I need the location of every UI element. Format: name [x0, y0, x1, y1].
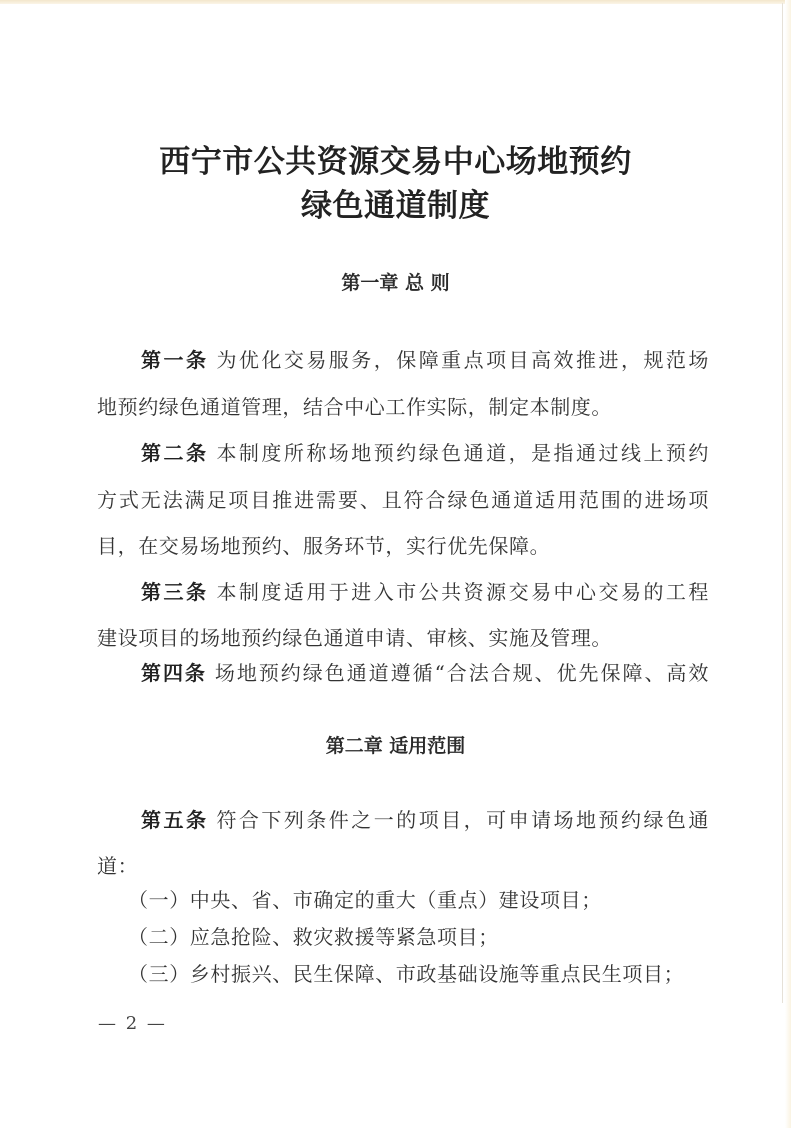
- article-1-line-1: 第一条为优化交易服务，保障重点项目高效推进，规范场: [141, 346, 709, 374]
- document-title-line-1: 西宁市公共资源交易中心场地预约: [0, 140, 791, 184]
- article-5-label: 第五条: [141, 808, 208, 832]
- article-2-label: 第二条: [141, 441, 208, 465]
- chapter-2-heading: 第二章 适用范围: [0, 733, 791, 759]
- article-5-item-2: （二）应急抢险、救灾救援等紧急项目；: [128, 923, 713, 951]
- article-3-text-1: 本制度适用于进入市公共资源交易中心交易的工程: [216, 580, 709, 604]
- page-number: — 2 —: [98, 1013, 167, 1034]
- article-4-text-1: 场地预约绿色通道遵循“合法合规、优先保障、高效: [215, 661, 709, 685]
- article-5-text-1: 符合下列条件之一的项目，可申请场地预约绿色通: [216, 808, 709, 832]
- article-5-item-3: （三）乡村振兴、民生保障、市政基础设施等重点民生项目；: [128, 960, 713, 988]
- article-2-line-2: 方式无法满足项目推进需要、且符合绿色通道适用范围的进场项: [97, 486, 709, 514]
- article-5-line-1: 第五条符合下列条件之一的项目，可申请场地预约绿色通: [141, 806, 709, 834]
- document-title-line-2: 绿色通道制度: [0, 184, 791, 228]
- document-page: 西宁市公共资源交易中心场地预约 绿色通道制度 第一章 总 则 第一条为优化交易服…: [0, 0, 791, 1128]
- article-2-line-3: 目，在交易场地预约、服务环节，实行优先保障。: [97, 532, 709, 560]
- article-4-label: 第四条: [141, 661, 207, 685]
- article-4-line-1: 第四条场地预约绿色通道遵循“合法合规、优先保障、高效: [141, 659, 709, 687]
- article-2-text-1: 本制度所称场地预约绿色通道，是指通过线上预约: [216, 441, 709, 465]
- article-1-label: 第一条: [141, 348, 208, 372]
- article-1-text-1: 为优化交易服务，保障重点项目高效推进，规范场: [216, 348, 709, 372]
- article-5-item-1: （一）中央、省、市确定的重大（重点）建设项目；: [128, 886, 713, 914]
- article-2-line-1: 第二条本制度所称场地预约绿色通道，是指通过线上预约: [141, 439, 709, 467]
- article-1-line-2: 地预约绿色通道管理，结合中心工作实际，制定本制度。: [97, 393, 709, 421]
- article-3-line-1: 第三条本制度适用于进入市公共资源交易中心交易的工程: [141, 578, 709, 606]
- article-3-line-2: 建设项目的场地预约绿色通道申请、审核、实施及管理。: [97, 624, 709, 652]
- article-5-line-2: 道：: [97, 852, 709, 880]
- article-3-label: 第三条: [141, 580, 208, 604]
- scan-edge-top: [0, 0, 791, 4]
- chapter-1-heading: 第一章 总 则: [0, 270, 791, 296]
